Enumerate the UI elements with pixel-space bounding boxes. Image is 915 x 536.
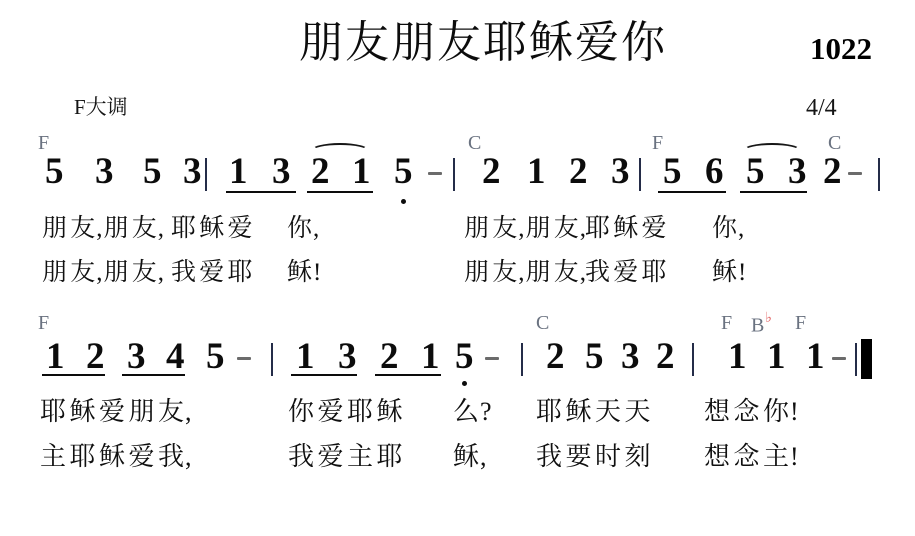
- note-digit: 5: [746, 153, 765, 190]
- eighth-underline: [658, 191, 726, 193]
- note-digit: 3: [127, 338, 146, 375]
- chord-label: F: [38, 133, 49, 153]
- barline: [692, 343, 694, 376]
- note-digit: 2: [482, 153, 501, 190]
- note-digit: 3: [338, 338, 357, 375]
- note-digit: 2: [311, 153, 330, 190]
- lyric-segment: 稣!: [712, 260, 747, 285]
- song-number: 1022: [810, 33, 872, 64]
- barline: [521, 343, 523, 376]
- chord-label: C: [828, 133, 841, 153]
- note-digit: 3: [183, 153, 202, 190]
- duration-dash: [485, 357, 499, 360]
- lyric-segment: 我 要 时 刻: [536, 444, 652, 470]
- eighth-underline: [226, 191, 296, 193]
- final-barline-thin: [855, 343, 857, 376]
- note-digit: 5: [585, 338, 604, 375]
- slur-arc: [743, 143, 801, 158]
- lyric-segment: 朋 友,朋 友,: [42, 260, 165, 285]
- note-digit: 1: [806, 338, 825, 375]
- note-digit: 2: [546, 338, 565, 375]
- chord-label: F: [652, 133, 663, 153]
- note-digit: 2: [823, 153, 842, 190]
- lyric-segment: 耶 稣 爱: [171, 216, 254, 241]
- note-digit: 1: [527, 153, 546, 190]
- lyric-segment: 想 念 你!: [704, 399, 800, 425]
- note-digit: 2: [569, 153, 588, 190]
- note-digit: 6: [705, 153, 724, 190]
- lyric-segment: 朋 友,朋 友,: [464, 216, 587, 241]
- lyric-segment: 朋 友,朋 友,: [42, 216, 165, 241]
- note-digit: 5: [663, 153, 682, 190]
- lyric-segment: 你,: [712, 216, 745, 241]
- note-digit: 3: [621, 338, 640, 375]
- note-digit: 1: [767, 338, 786, 375]
- note-digit: 5: [206, 338, 225, 375]
- lyric-segment: 主 耶 稣 爱 我,: [40, 444, 193, 470]
- lyric-segment: 想 念 主!: [704, 444, 800, 470]
- chord-label: C: [536, 313, 549, 333]
- note-digit: 5: [455, 338, 474, 375]
- lyric-segment: 稣,: [453, 444, 488, 470]
- lyric-segment: 耶 稣 爱 朋 友,: [40, 399, 193, 425]
- note-digit: 1: [421, 338, 440, 375]
- note-digit: 2: [86, 338, 105, 375]
- note-digit: 3: [272, 153, 291, 190]
- note-digit: 1: [296, 338, 315, 375]
- eighth-underline: [122, 374, 185, 376]
- duration-dash: [237, 357, 251, 360]
- low-octave-dot: [401, 199, 406, 204]
- eighth-underline: [291, 374, 357, 376]
- note-digit: 3: [95, 153, 114, 190]
- duration-dash: [848, 172, 862, 175]
- barline: [271, 343, 273, 376]
- barline: [205, 158, 207, 191]
- chord-label: C: [468, 133, 481, 153]
- note-digit: 5: [394, 153, 413, 190]
- flat-sign: ♭: [765, 310, 772, 326]
- note-digit: 1: [728, 338, 747, 375]
- song-title: 朋友朋友耶稣爱你: [299, 21, 667, 65]
- lyric-segment: 你 爱 耶 稣: [288, 399, 404, 425]
- lyric-segment: 你,: [287, 216, 320, 241]
- lyric-segment: 稣!: [287, 260, 322, 285]
- lyric-segment: 我 爱 主 耶: [288, 444, 404, 470]
- eighth-underline: [307, 191, 373, 193]
- hymn-sheet-page: 朋友朋友耶稣爱你 1022 F大调 4/4 FCFC53531321521235…: [0, 0, 915, 536]
- chord-label: F: [38, 313, 49, 333]
- lyric-segment: 我 爱 耶: [585, 260, 668, 285]
- slur-arc: [311, 143, 369, 158]
- note-digit: 2: [380, 338, 399, 375]
- note-digit: 3: [611, 153, 630, 190]
- lyric-segment: 朋 友,朋 友,: [464, 260, 587, 285]
- eighth-underline: [42, 374, 105, 376]
- note-digit: 5: [45, 153, 64, 190]
- note-digit: 1: [229, 153, 248, 190]
- eighth-underline: [740, 191, 807, 193]
- duration-dash: [428, 172, 442, 175]
- note-digit: 2: [656, 338, 675, 375]
- note-digit: 5: [143, 153, 162, 190]
- lyric-segment: 我 爱 耶: [171, 260, 254, 285]
- chord-label: F: [721, 313, 732, 333]
- low-octave-dot: [462, 381, 467, 386]
- duration-dash: [832, 357, 846, 360]
- note-digit: 1: [46, 338, 65, 375]
- eighth-underline: [375, 374, 441, 376]
- lyric-segment: 么?: [453, 399, 493, 425]
- chord-label: B♭: [751, 313, 771, 336]
- note-digit: 1: [352, 153, 371, 190]
- final-barline-thick: [861, 339, 872, 379]
- chord-label: F: [795, 313, 806, 333]
- note-digit: 4: [166, 338, 185, 375]
- lyric-segment: 耶 稣 天 天: [536, 399, 652, 425]
- barline: [878, 158, 880, 191]
- note-digit: 3: [788, 153, 807, 190]
- time-signature: 4/4: [806, 96, 837, 120]
- lyric-segment: 耶 稣 爱: [585, 216, 668, 241]
- key-signature: F大调: [74, 97, 128, 118]
- barline: [453, 158, 455, 191]
- barline: [639, 158, 641, 191]
